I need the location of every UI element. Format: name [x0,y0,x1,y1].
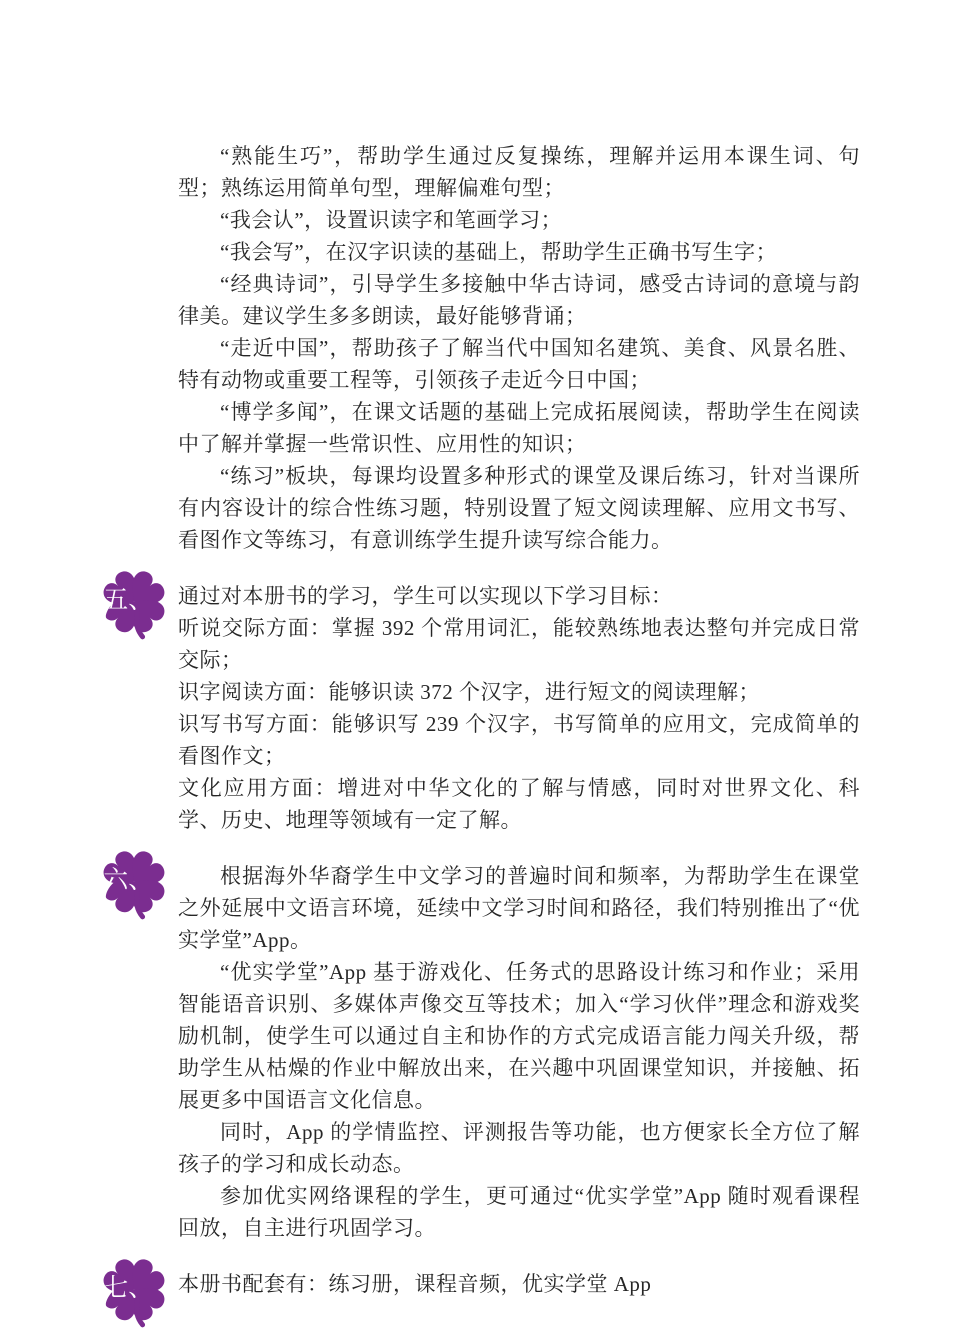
paragraph: 识写书写方面：能够识写 239 个汉字，书写简单的应用文，完成简单的看图作文； [178,708,860,772]
section-number-label: 七、 [102,1263,154,1314]
document-page: “熟能生巧”，帮助学生通过反复操练，理解并运用本课生词、句型；熟练运用简单句型，… [0,0,960,1337]
paragraph: 文化应用方面：增进对中华文化的了解与情感，同时对世界文化、科学、历史、地理等领域… [178,772,860,836]
paragraph: “我会写”，在汉字识读的基础上，帮助学生正确书写生字； [178,236,860,268]
paragraph: “练习”板块，每课均设置多种形式的课堂及课后练习，针对当课所有内容设计的综合性练… [178,460,860,556]
section: 七、 本册书配套有：练习册，课程音频，优实学堂 App [178,1268,860,1300]
paragraph: 参加优实网络课程的学生，更可通过“优实学堂”App 随时观看课程回放，自主进行巩… [178,1180,860,1244]
paragraph: 同时，App 的学情监控、评测报告等功能，也方便家长全方位了解孩子的学习和成长动… [178,1116,860,1180]
section-paragraphs: “熟能生巧”，帮助学生通过反复操练，理解并运用本课生词、句型；熟练运用简单句型，… [178,140,860,556]
paragraph: “优实学堂”App 基于游戏化、任务式的思路设计练习和作业；采用智能语音识别、多… [178,956,860,1116]
paragraph: “经典诗词”，引导学生多接触中华古诗词，感受古诗词的意境与韵律美。建议学生多多朗… [178,268,860,332]
section-paragraphs: 根据海外华裔学生中文学习的普遍时间和频率，为帮助学生在课堂之外延展中文语言环境，… [178,860,860,1244]
section-paragraphs: 通过对本册书的学习，学生可以实现以下学习目标：听说交际方面：掌握 392 个常用… [178,580,860,836]
four-leaf-clover-icon: 五、 [98,564,170,644]
section: 六、 根据海外华裔学生中文学习的普遍时间和频率，为帮助学生在课堂之外延展中文语言… [178,860,860,1244]
section-paragraphs: 本册书配套有：练习册，课程音频，优实学堂 App [178,1268,860,1300]
four-leaf-clover-icon: 七、 [98,1252,170,1332]
section: “熟能生巧”，帮助学生通过反复操练，理解并运用本课生词、句型；熟练运用简单句型，… [178,140,860,556]
paragraph: 识字阅读方面：能够识读 372 个汉字，进行短文的阅读理解； [178,676,860,708]
paragraph: 听说交际方面：掌握 392 个常用词汇，能较熟练地表达整句并完成日常交际； [178,612,860,676]
four-leaf-clover-icon: 六、 [98,844,170,924]
section-number-label: 六、 [102,855,154,906]
page-content: “熟能生巧”，帮助学生通过反复操练，理解并运用本课生词、句型；熟练运用简单句型，… [178,140,860,1300]
paragraph: 通过对本册书的学习，学生可以实现以下学习目标： [178,580,860,612]
section: 五、 通过对本册书的学习，学生可以实现以下学习目标：听说交际方面：掌握 392 … [178,580,860,836]
section-number-label: 五、 [102,575,154,626]
paragraph: “走近中国”，帮助孩子了解当代中国知名建筑、美食、风景名胜、特有动物或重要工程等… [178,332,860,396]
paragraph: “熟能生巧”，帮助学生通过反复操练，理解并运用本课生词、句型；熟练运用简单句型，… [178,140,860,204]
paragraph: 根据海外华裔学生中文学习的普遍时间和频率，为帮助学生在课堂之外延展中文语言环境，… [178,860,860,956]
paragraph: 本册书配套有：练习册，课程音频，优实学堂 App [178,1268,860,1300]
paragraph: “我会认”，设置识读字和笔画学习； [178,204,860,236]
paragraph: “博学多闻”，在课文话题的基础上完成拓展阅读，帮助学生在阅读中了解并掌握一些常识… [178,396,860,460]
